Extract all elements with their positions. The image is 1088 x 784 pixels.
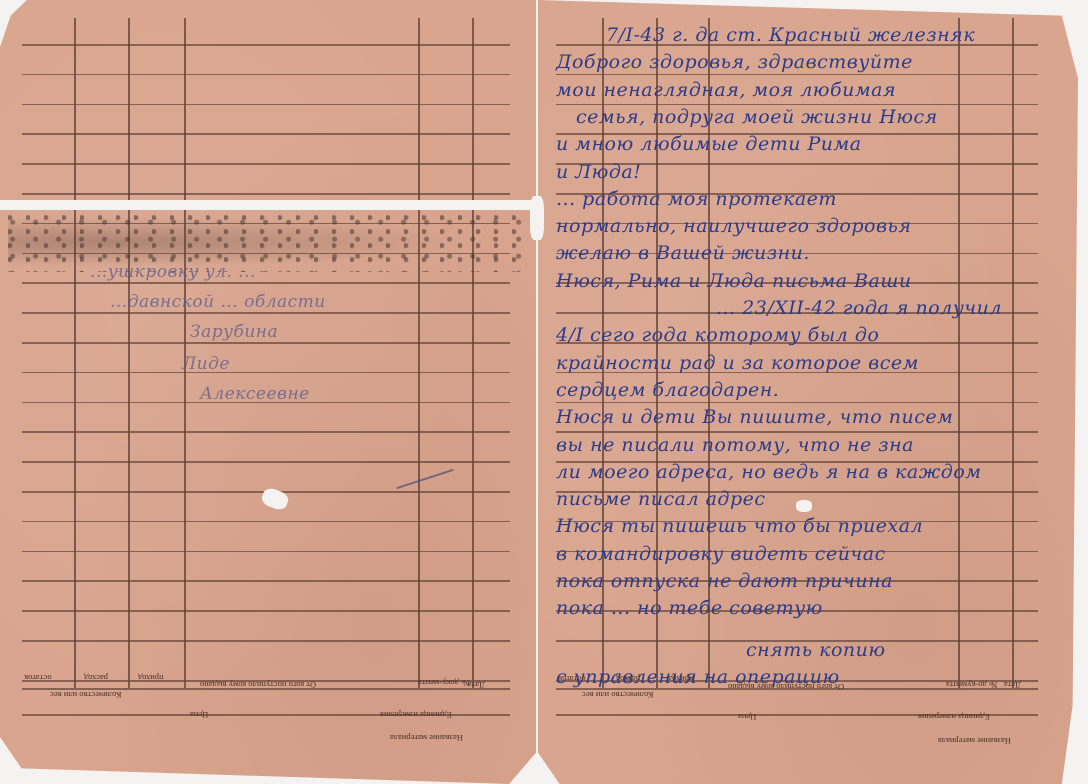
- letter-line: пока ... но тебе советую: [556, 597, 823, 619]
- grid-line: [1012, 18, 1014, 688]
- label-doc-number: № доку-мента: [418, 678, 469, 688]
- letter-line: вы не писали потому, что не зна: [556, 434, 914, 456]
- grid-line: [128, 18, 130, 688]
- grid-line: [22, 640, 510, 642]
- paper-tear: [0, 200, 536, 210]
- label-balance: остаток: [558, 674, 586, 684]
- letter-line: в командировку видеть сейчас: [556, 543, 886, 565]
- label-expense: расход: [84, 673, 108, 683]
- label-material-name: Название материала: [390, 733, 463, 743]
- address-line: Лиде: [182, 354, 230, 374]
- letter-line: ли моего адреса, но ведь я на в каждом: [556, 461, 982, 483]
- ink-stain: [8, 212, 528, 272]
- grid-line: [22, 44, 510, 46]
- left-page: ...ушкровку ул. ... ...давнской ... обла…: [0, 0, 536, 784]
- letter-line: семья, подруга моей жизни Нюся: [576, 106, 938, 128]
- grid-line: [22, 610, 510, 612]
- label-doc-number: № до-кумента: [946, 680, 997, 690]
- address-line: ...ушкровку ул. ...: [90, 262, 256, 282]
- label-quantity: Количество или вес: [50, 690, 121, 700]
- grid-line: [22, 74, 510, 76]
- right-page: 7/I-43 г. да ст. Красный железнякДоброго…: [538, 0, 1078, 784]
- letter-line: 7/I-43 г. да ст. Красный железняк: [606, 24, 975, 46]
- letter-line: нормально, наилучшего здоровья: [556, 215, 911, 237]
- letter-line: крайности рад и за которое всем: [556, 352, 919, 374]
- grid-line: [22, 193, 510, 195]
- grid-line: [22, 104, 510, 106]
- grid-line: [472, 18, 474, 688]
- label-date: Дата: [468, 680, 485, 690]
- grid-line: [22, 163, 510, 165]
- label-income: приход: [138, 673, 164, 683]
- letter-line: 4/I сего года которому был до: [556, 324, 879, 346]
- label-expense: расход: [616, 674, 640, 684]
- letter-line: Доброго здоровья, здравствуйте: [556, 51, 913, 73]
- label-unit: Единица измерения: [918, 712, 990, 722]
- grid-line: [22, 580, 510, 582]
- grid-line: [556, 104, 1038, 106]
- grid-line: [22, 431, 510, 433]
- grid-line: [22, 461, 510, 463]
- letter-line: Нюся ты пишешь что бы приехал: [556, 515, 923, 537]
- label-unit: Единица измерения: [380, 710, 452, 720]
- letter-line: Нюся и дети Вы пишите, что писем: [556, 406, 953, 428]
- grid-line: [184, 18, 186, 688]
- letter-line: ... 23/XII-42 года я получил: [716, 297, 1002, 319]
- grid-line: [22, 551, 510, 553]
- grid-line: [958, 18, 960, 688]
- address-line: Алексеевне: [200, 384, 310, 404]
- label-balance: остаток: [24, 673, 52, 683]
- grid-line: [22, 282, 510, 284]
- label-quantity: Количество или вес: [582, 690, 653, 700]
- grid-line: [418, 18, 420, 688]
- grid-line: [22, 312, 510, 314]
- letter-line: письме писал адрес: [556, 488, 766, 510]
- letter-line: и Люда!: [556, 161, 641, 183]
- grid-line: [22, 133, 510, 135]
- grid-line: [22, 521, 510, 523]
- grid-line: [74, 18, 76, 688]
- label-income: приход: [668, 674, 694, 684]
- grid-line: [22, 372, 510, 374]
- grid-line: [556, 74, 1038, 76]
- address-line: ...давнской ... области: [110, 292, 326, 312]
- label-price: Цена: [738, 712, 756, 722]
- letter-line: сердцем благодарен.: [556, 379, 779, 401]
- grid-line: [556, 402, 1038, 404]
- paper-hole: [796, 500, 812, 512]
- address-line: Зарубина: [190, 322, 278, 342]
- letter-line: снять копию: [746, 639, 886, 661]
- label-price: Цена: [190, 710, 208, 720]
- letter-line: и мною любимые дети Рима: [556, 133, 862, 155]
- letter-line: желаю в Вашей жизни.: [556, 242, 810, 264]
- grid-line: [22, 342, 510, 344]
- label-material-name: Название материала: [938, 736, 1011, 746]
- label-date: Дата: [1004, 680, 1021, 690]
- letter-line: Нюся, Рима и Люда письма Ваши: [556, 270, 912, 292]
- letter-line: ... работа моя протекает: [556, 188, 837, 210]
- label-from-whom: От кого поступило кому выдано: [728, 682, 844, 692]
- label-from-whom: От кого поступило кому выдано: [200, 680, 316, 690]
- letter-line: пока отпуска не дают причина: [556, 570, 893, 592]
- letter-line: мои ненаглядная, моя любимая: [556, 79, 896, 101]
